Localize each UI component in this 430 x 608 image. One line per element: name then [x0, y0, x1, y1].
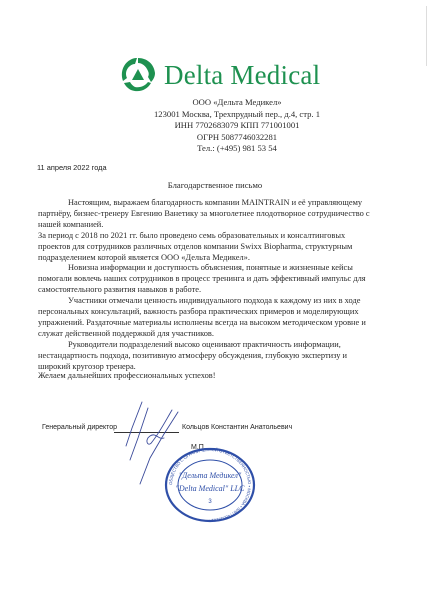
signer-position: Генеральный директор [42, 424, 117, 431]
stamp-line2: "Delta Medical" LLC [176, 484, 246, 493]
paragraph-line: За период с 2018 по 2021 гг. было провед… [38, 231, 400, 242]
stamp-mark: 3 [208, 499, 212, 505]
paragraph-line: самостоятельного развития навыков в рабо… [38, 285, 400, 296]
signer-name: Кольцов Константин Анатольевич [182, 424, 292, 431]
page-edge [426, 6, 427, 66]
paragraph-line: нестандартность подхода, позитивную атмо… [38, 351, 400, 362]
paragraph-line: подразделением которой является ООО «Дел… [38, 253, 400, 264]
delta-medical-logo-icon [118, 55, 158, 95]
paragraph-1: Настоящим, выражаем благодарность компан… [38, 198, 400, 231]
logo-row: Delta Medical [118, 55, 320, 95]
company-address: 123001 Москва, Трехпрудный пер., д.4, ст… [44, 109, 430, 121]
paragraph-line: проектов для сотрудников различных отдел… [38, 242, 400, 253]
paragraph-line: помогали вовлечь наших сотрудников в про… [38, 274, 400, 285]
paragraph-4: Участники отмечали ценность индивидуальн… [38, 296, 400, 340]
company-phone: Тел.: (+495) 981 53 54 [44, 143, 430, 155]
letter-page: Delta Medical ООО «Дельта Медикел» 12300… [0, 0, 430, 608]
paragraph-2: За период с 2018 по 2021 гг. было провед… [38, 231, 400, 264]
paragraph-line: партнёру, бизнес-тренеру Евгению Ванетик… [38, 209, 400, 220]
stamp-line1: "Дельта Медикел" [179, 471, 242, 480]
paragraph-line: служат действенной поддержкой для участн… [38, 329, 400, 340]
paragraph-line: Настоящим, выражаем благодарность компан… [38, 198, 400, 209]
company-seal-stamp-icon: ОБЩЕСТВО С ОГРАНИЧЕННОЙ ОТВЕТСТВЕННОСТЬЮ… [150, 447, 270, 523]
closing-wish: Желаем дальнейших профессиональных успех… [38, 371, 216, 380]
paragraph-5: Руководители подразделений высоко оценив… [38, 340, 400, 373]
paragraph-line: Руководители подразделений высоко оценив… [38, 340, 400, 351]
company-name: ООО «Дельта Медикел» [44, 97, 430, 109]
paragraph-line: упражнений. Раздаточные материалы исполн… [38, 318, 400, 329]
letter-body: Настоящим, выражаем благодарность компан… [38, 198, 400, 373]
paragraph-line: персональных консультаций, важность разб… [38, 307, 400, 318]
paragraph-line: Участники отмечали ценность индивидуальн… [38, 296, 400, 307]
company-ogrn: ОГРН 5087746032281 [44, 132, 430, 144]
company-inn-kpp: ИНН 7702683079 КПП 771001001 [44, 120, 430, 132]
company-details: ООО «Дельта Медикел» 123001 Москва, Трех… [0, 97, 430, 155]
letter-title: Благодарственное письмо [0, 180, 430, 190]
paragraph-line: нашей компанией. [38, 220, 400, 231]
paragraph-3: Новизна информации и доступность объясне… [38, 263, 400, 296]
brand-name: Delta Medical [164, 60, 320, 91]
letter-date: 11 апреля 2022 года [37, 163, 107, 172]
paragraph-line: Новизна информации и доступность объясне… [38, 263, 400, 274]
